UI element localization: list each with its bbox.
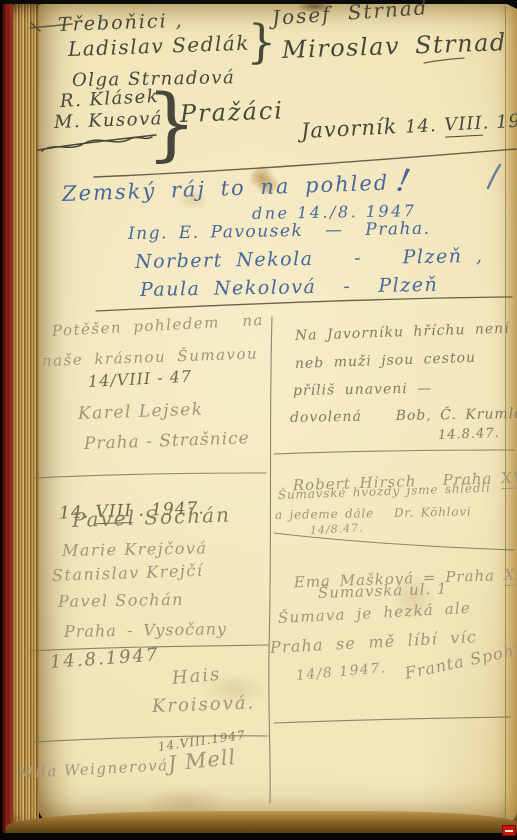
blue-ink-tick	[488, 165, 500, 188]
right-entry1-date: 14.8.47.	[438, 426, 500, 443]
right-entry1-line3: příliš unaveni —	[293, 381, 433, 399]
date-day: 14.	[404, 115, 437, 138]
brace-small: }	[246, 18, 277, 65]
rule-right-3	[274, 717, 510, 723]
date-month-roman: VIII	[444, 113, 483, 138]
right-entry2-district-roman: XVII	[501, 468, 517, 489]
left-entry3-name1: Hais	[171, 664, 222, 689]
left-entry2-place: Praha - Vysočany	[64, 619, 227, 641]
place-name: Javorník	[300, 114, 398, 143]
group-label-prazaci: Pražáci	[180, 96, 285, 128]
column-divider	[269, 317, 272, 803]
illegible-signature-squiggle	[38, 135, 156, 151]
left-entry3-name2: Kroisová.	[152, 692, 256, 717]
date-year: . 1947.	[482, 109, 517, 134]
minus-bar	[505, 830, 513, 832]
rule-left-1	[34, 473, 266, 478]
group-town-label: Třeboňici ,	[58, 10, 184, 36]
right-entry3-district-roman: XII	[504, 565, 517, 586]
left-entry2-name4: Pavel Sochán	[58, 590, 184, 611]
red-minus-icon	[502, 825, 516, 836]
left-entry2-name2: Marie Krejčová	[62, 538, 208, 560]
